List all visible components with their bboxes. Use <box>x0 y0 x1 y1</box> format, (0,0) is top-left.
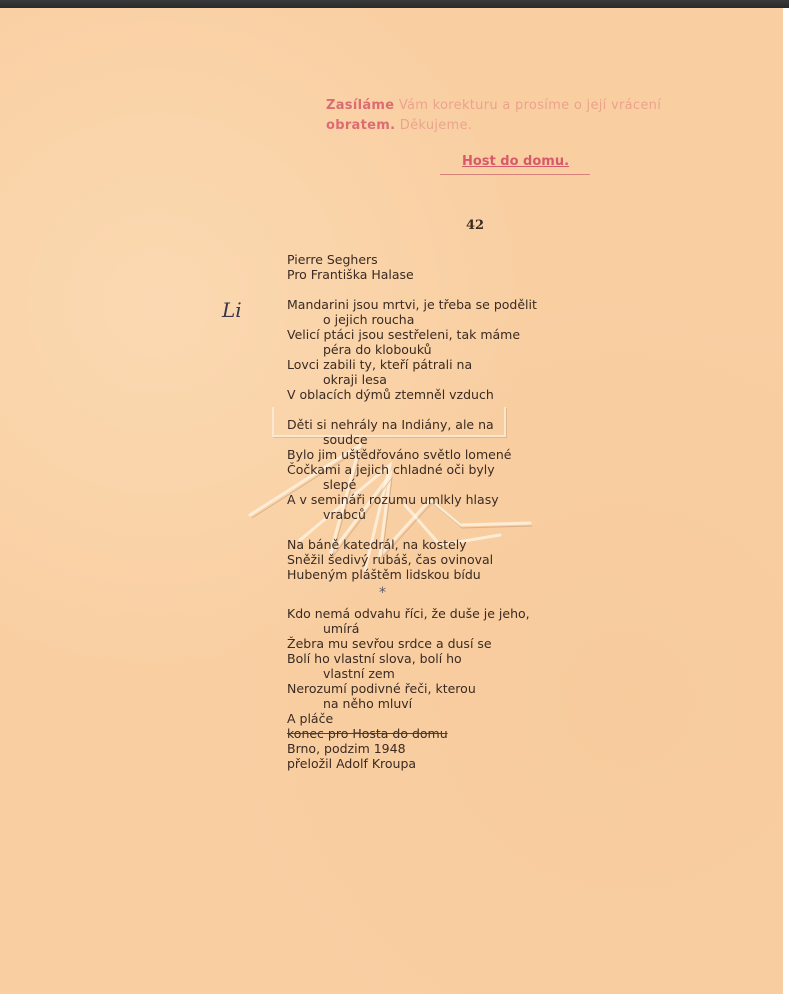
stamp-text: Děkujeme. <box>395 118 472 133</box>
poem-line: Nerozumí podivné řeči, kterou <box>287 681 537 696</box>
poem-author: Pierre Seghers <box>287 252 537 267</box>
poem-line: Na báně katedrál, na kostely <box>287 537 537 552</box>
poem-stanzas: Mandarini jsou mrtvi, je třeba se poděli… <box>287 297 537 586</box>
poem-line: Bolí ho vlastní slova, bolí ho <box>287 651 537 666</box>
page-number: 42 <box>466 218 484 233</box>
stanza: Děti si nehrály na Indiány, ale nasoudce… <box>287 417 537 522</box>
stanza: Na báně katedrál, na kostelySněžil šediv… <box>287 537 537 582</box>
poem-line: Hubeným pláštěm lidskou bídu <box>287 567 537 582</box>
scan-top-edge <box>0 0 789 8</box>
poem-line: Sněžil šedivý rubáš, čas ovinoval <box>287 552 537 567</box>
poem-line: soudce <box>287 432 537 447</box>
poem-line: Mandarini jsou mrtvi, je třeba se poděli… <box>287 297 537 312</box>
poem-line: Lovci zabili ty, kteří pátrali na <box>287 357 537 372</box>
poem-line: slepé <box>287 477 537 492</box>
poem-line: A v semináři rozumu umlkly hlasy <box>287 492 537 507</box>
poem-line: Bylo jim uštědřováno světlo lomené <box>287 447 537 462</box>
handwritten-margin-note: Li <box>222 298 242 322</box>
poem-line: Čočkami a jejich chladné oči byly <box>287 462 537 477</box>
proof-stamp: Zasíláme Vám korekturu a prosíme o její … <box>326 96 696 136</box>
poem-line: Žebra mu sevřou srdce a dusí se <box>287 636 537 651</box>
place-date: Brno, podzim 1948 <box>287 741 537 756</box>
poem-line: na něho mluví <box>287 696 537 711</box>
poem-line: Velicí ptáci jsou sestřeleni, tak máme <box>287 327 537 342</box>
poem-line: Kdo nemá odvahu říci, že duše je jeho, <box>287 606 537 621</box>
poem-line: umírá <box>287 621 537 636</box>
stamp-text: Vám korekturu a prosíme o její vrácení <box>394 98 661 113</box>
separator-asterisk: * <box>287 586 537 600</box>
poem-line: vrabců <box>287 507 537 522</box>
poem-line: o jejich roucha <box>287 312 537 327</box>
poem-line: okraji lesa <box>287 372 537 387</box>
poem-line: Děti si nehrály na Indiány, ale na <box>287 417 537 432</box>
poem-dedication: Pro Františka Halase <box>287 267 537 282</box>
stamp-line-2: obratem. Děkujeme. <box>326 116 696 136</box>
stamp-line-1: Zasíláme Vám korekturu a prosíme o její … <box>326 96 696 116</box>
stamp-bold-word: obratem. <box>326 118 395 133</box>
poem-line: A pláče <box>287 711 537 726</box>
stamp-signature: Host do domu. <box>462 154 569 169</box>
poem-final-stanza: Kdo nemá odvahu říci, že duše je jeho,um… <box>287 606 537 726</box>
struck-out-line: konec pro Hosta do domu <box>287 726 537 741</box>
stamp-bold-word: Zasíláme <box>326 98 394 113</box>
stanza: Mandarini jsou mrtvi, je třeba se poděli… <box>287 297 537 402</box>
translator-credit: přeložil Adolf Kroupa <box>287 756 537 771</box>
poem: Pierre Seghers Pro Františka Halase Mand… <box>287 252 537 771</box>
poem-line: vlastní zem <box>287 666 537 681</box>
poem-line: V oblacích dýmů ztemněl vzduch <box>287 387 537 402</box>
poem-line: péra do klobouků <box>287 342 537 357</box>
